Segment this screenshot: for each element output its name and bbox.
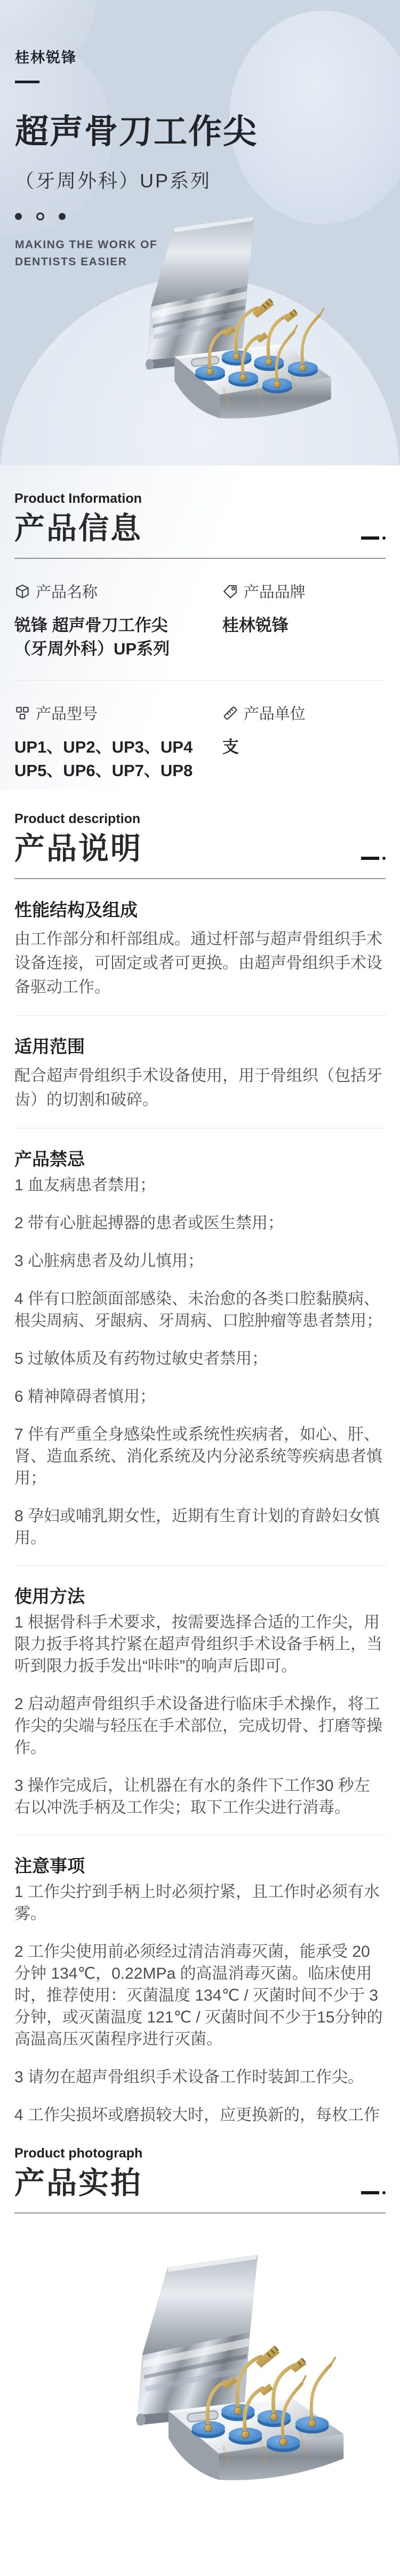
- subsection-title: 注意事项: [14, 1854, 386, 1878]
- subsection-text: 配合超声骨组织手术设备使用，用于骨组织（包括牙齿）的切割和破碎。: [14, 1064, 386, 1112]
- heading-dash-accent: [361, 2191, 386, 2201]
- hero-section: 桂林锐锋 超声骨刀工作尖 （牙周外科）UP系列 MAKING THE WORK …: [0, 0, 400, 465]
- dot-filled-icon: [15, 213, 22, 220]
- list-item: 7 伴有严重全身感染性或系统性疾病者，如心、肝、肾、造血系统、消化系统及内分泌系…: [14, 1424, 386, 1489]
- heading-dash-accent: [361, 857, 386, 866]
- subsection-title: 性能结构及组成: [14, 898, 386, 922]
- subsection-title: 产品禁忌: [14, 1148, 386, 1171]
- info-field-label: 产品名称: [36, 580, 98, 602]
- list-item: 4 伴有口腔颌面部感染、未治愈的各类口腔黏膜病、根尖周病、牙龈病、牙周病、口腔肿…: [14, 1288, 386, 1332]
- info-field-label: 产品品牌: [244, 580, 306, 602]
- list-item: 2 启动超声骨组织手术设备进行临床手术操作，将工作尖的尖端与轻压在手术部位，完成…: [14, 1693, 386, 1759]
- heading-rule: [14, 2212, 386, 2214]
- info-field-value: 支: [222, 736, 386, 759]
- ruler-icon: [222, 705, 238, 721]
- info-field-brand: 产品品牌 桂林锐锋: [222, 559, 386, 661]
- list-item: 2 带有心脏起搏器的患者或医生禁用；: [14, 1212, 386, 1234]
- brand-name: 桂林锐锋: [15, 46, 385, 67]
- subsection-divider: [14, 1835, 386, 1835]
- subsection-usage: 使用方法 1 根据骨科手术要求，按需要选择合适的工作尖，用限力扳手将其拧紧在超声…: [14, 1585, 386, 1835]
- info-field-value: （牙周外科）UP系列: [14, 637, 222, 661]
- dash-icon: [361, 2191, 379, 2194]
- grid-icon: [14, 705, 30, 721]
- section-label-en: Product photograph: [14, 2146, 386, 2161]
- section-title: 产品说明: [14, 831, 142, 866]
- list-item: 1 血友病患者禁用；: [14, 1174, 386, 1196]
- subsection-title: 适用范围: [14, 1035, 386, 1058]
- product-information-section: Product Information 产品信息 产品名称 锐锋 超声骨刀工作尖: [0, 465, 400, 790]
- page-subtitle: （牙周外科）UP系列: [15, 166, 385, 193]
- info-field-name: 产品名称 锐锋 超声骨刀工作尖 （牙周外科）UP系列: [14, 559, 222, 661]
- info-field-value: UP1、UP2、UP3、UP4: [14, 736, 222, 759]
- list-item: 8 孕妇或哺乳期女性，近期有生育计划的育龄妇女慎用。: [14, 1505, 386, 1549]
- list-item: 1 根据骨科手术要求，按需要选择合适的工作尖，用限力扳手将其拧紧在超声骨组织手术…: [14, 1611, 386, 1677]
- section-title: 产品实拍: [14, 2166, 142, 2201]
- list-item: 1 工作尖拧到手柄上时必须拧紧，且工作时必须有水雾。: [14, 1881, 386, 1925]
- list-item: 5 过敏体质及有药物过敏史者禁用；: [14, 1348, 386, 1370]
- product-photo-hero: [45, 214, 360, 465]
- section-label-en: Product Information: [14, 491, 386, 507]
- heading-rule: [14, 878, 386, 879]
- dash-icon: [361, 857, 379, 860]
- subsection-performance: 性能结构及组成 由工作部分和杆部组成。通过杆部与超声骨组织手术设备连接，可固定或…: [14, 898, 386, 1016]
- subsection-scope: 适用范围 配合超声骨组织手术设备使用，用于骨组织（包括牙齿）的切割和破碎。: [14, 1035, 386, 1128]
- info-field-label: 产品单位: [244, 702, 306, 724]
- list-item: 2 工作尖使用前必须经过清洁消毒灭菌，能承受 20 分钟 134℃，0.22MP…: [14, 1941, 386, 2050]
- page-title: 超声骨刀工作尖: [15, 105, 385, 153]
- dot-icon: [382, 2191, 386, 2194]
- cube-icon: [14, 583, 30, 599]
- subsection-text: 由工作部分和杆部组成。通过杆部与超声骨组织手术设备连接，可固定或者可更换。由超声…: [14, 927, 386, 999]
- list-item: 3 操作完成后，让机器在有水的条件下工作30 秒左右以冲洗手柄及工作尖；取下工作…: [14, 1775, 386, 1819]
- subsection-precautions: 注意事项 1 工作尖拧到手柄上时必须拧紧，且工作时必须有水雾。 2 工作尖使用前…: [14, 1854, 386, 2124]
- info-field-label: 产品型号: [36, 702, 98, 724]
- dot-icon: [382, 536, 386, 540]
- heading-dash-accent: [361, 536, 386, 546]
- info-field-value: 桂林锐锋: [222, 614, 386, 637]
- subsection-divider: [14, 1128, 386, 1128]
- list-item: 3 请勿在超声骨组织手术设备工作时装卸工作尖。: [14, 2066, 386, 2088]
- section-label-en: Product description: [14, 811, 386, 827]
- info-field-value: UP5、UP6、UP7、UP8: [14, 759, 222, 783]
- info-field-model: 产品型号 UP1、UP2、UP3、UP4 UP5、UP6、UP7、UP8: [14, 681, 222, 783]
- product-photo-bottom: [24, 2251, 376, 2538]
- info-field-unit: 产品单位 支: [222, 681, 386, 783]
- subsection-divider: [14, 1565, 386, 1566]
- tag-icon: [222, 583, 238, 599]
- list-item: 3 心脏病患者及幼儿慎用；: [14, 1250, 386, 1272]
- brand-underline-dash: [15, 81, 39, 83]
- product-page: 桂林锐锋 超声骨刀工作尖 （牙周外科）UP系列 MAKING THE WORK …: [0, 0, 400, 2576]
- subsection-divider: [14, 1015, 386, 1016]
- product-photograph-section: Product photograph 产品实拍: [0, 2124, 400, 2576]
- product-description-section: Product description 产品说明 性能结构及组成 由工作部分和杆…: [0, 790, 400, 2124]
- info-field-value: 锐锋 超声骨刀工作尖: [14, 614, 222, 637]
- section-title: 产品信息: [14, 511, 142, 546]
- dot-hollow-icon: [36, 212, 44, 220]
- list-item: 4 工作尖损坏或磨损较大时，应更换新的，每枚工作尖临床使用建议不超过 20 次。: [14, 2104, 386, 2124]
- dash-icon: [361, 536, 379, 540]
- subsection-title: 使用方法: [14, 1585, 386, 1608]
- list-item: 6 精神障碍者慎用；: [14, 1386, 386, 1408]
- dot-icon: [382, 857, 386, 860]
- subsection-contraindications: 产品禁忌 1 血友病患者禁用； 2 带有心脏起搏器的患者或医生禁用； 3 心脏病…: [14, 1148, 386, 1566]
